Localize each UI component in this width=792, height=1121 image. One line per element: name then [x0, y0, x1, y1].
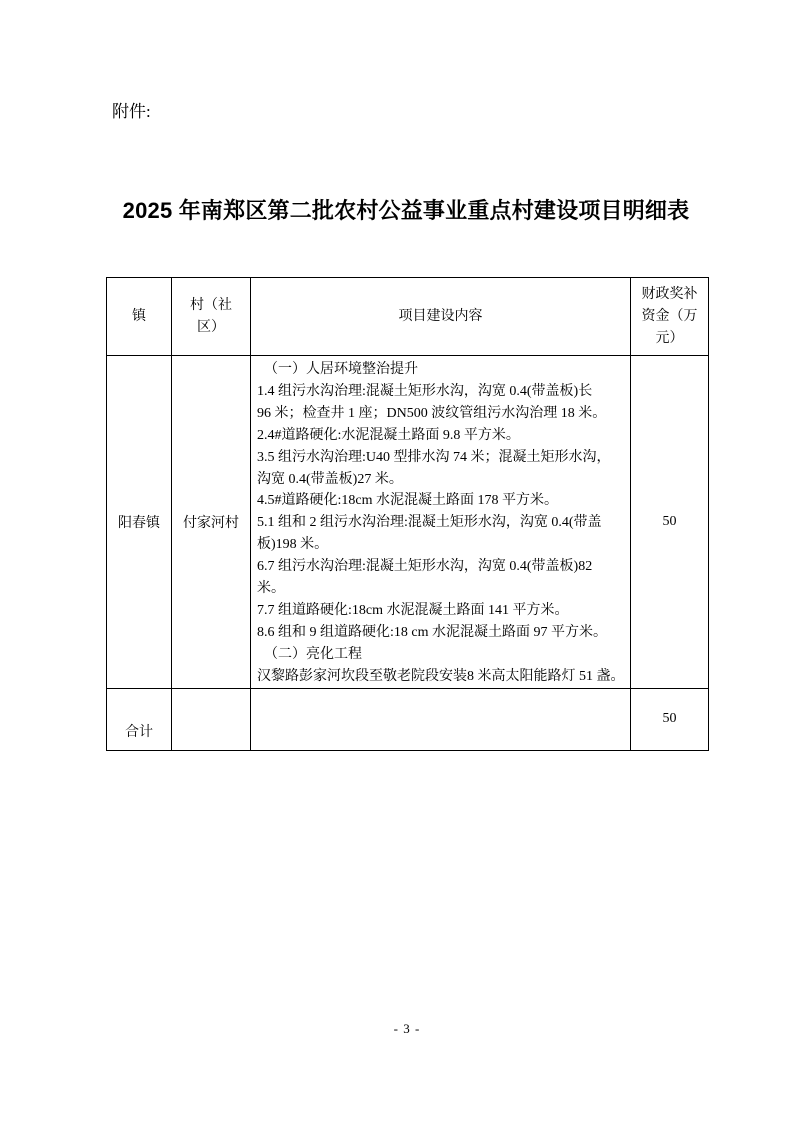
total-label-cell: 合计	[107, 688, 172, 750]
projects-table: 镇 村（社区） 项目建设内容 财政奖补资金（万元） 阳春镇 付家河村 （一）人居…	[106, 277, 709, 751]
cell-town: 阳春镇	[107, 356, 172, 689]
header-cell-fund: 财政奖补资金（万元）	[631, 278, 709, 356]
total-fund-cell: 50	[631, 688, 709, 750]
cell-village: 付家河村	[172, 356, 251, 689]
cell-fund: 50	[631, 356, 709, 689]
page-number: - 3 -	[106, 1021, 708, 1037]
document-page: 附件: 2025 年南郑区第二批农村公益事业重点村建设项目明细表 镇 村（社区）…	[0, 0, 792, 1121]
attachment-label: 附件:	[112, 100, 151, 124]
cell-project-content: （一）人居环境整治提升 1.4 组污水沟治理:混凝土矩形水沟，沟宽 0.4(带盖…	[251, 356, 631, 689]
header-cell-village: 村（社区）	[172, 278, 251, 356]
page-title: 2025 年南郑区第二批农村公益事业重点村建设项目明细表	[96, 194, 716, 225]
table-row: 阳春镇 付家河村 （一）人居环境整治提升 1.4 组污水沟治理:混凝土矩形水沟，…	[107, 356, 709, 689]
header-cell-content: 项目建设内容	[251, 278, 631, 356]
total-content-cell-empty	[251, 688, 631, 750]
total-village-cell-empty	[172, 688, 251, 750]
table-header-row: 镇 村（社区） 项目建设内容 财政奖补资金（万元）	[107, 278, 709, 356]
header-cell-town: 镇	[107, 278, 172, 356]
table-total-row: 合计 50	[107, 688, 709, 750]
